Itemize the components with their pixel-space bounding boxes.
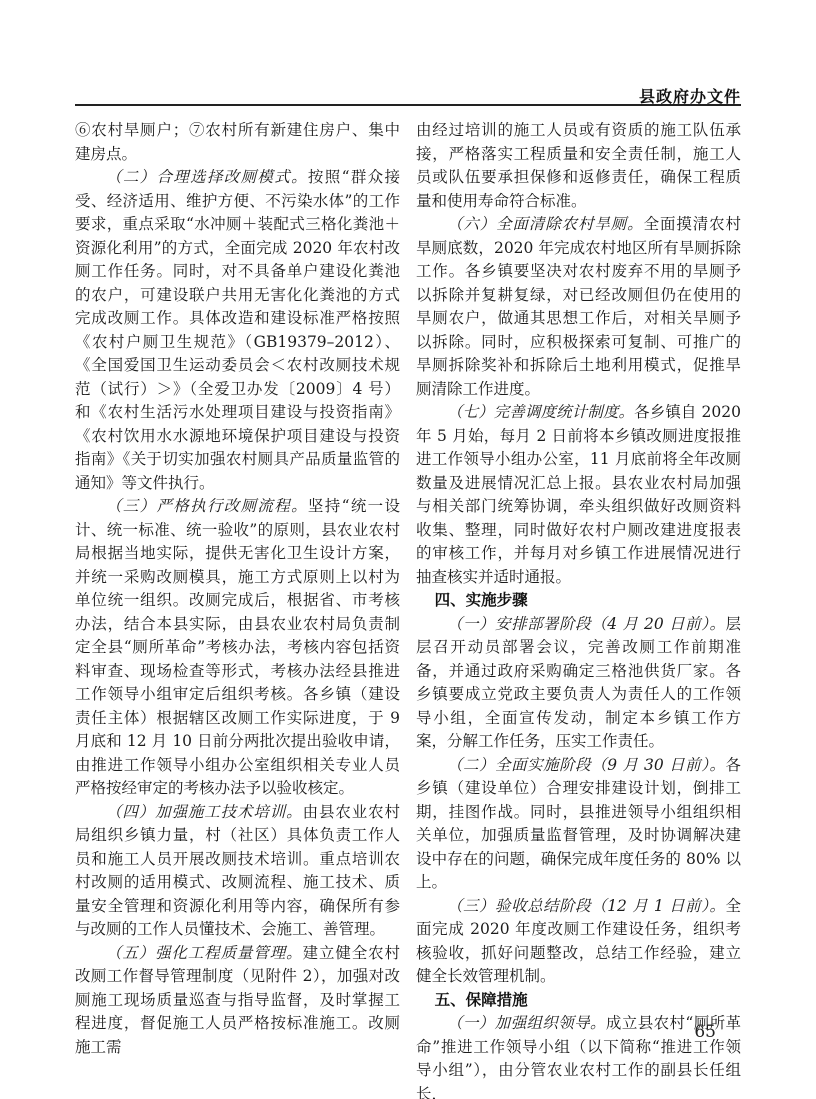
- paragraph: （三）严格执行改厕流程。坚持“统一设计、统一标准、统一验收”的原则，县农业农村局…: [75, 495, 400, 801]
- text-columns: ⑥农村旱厕户；⑦农村所有新建住房户、集中建房点。（二）合理选择改厕模式。按照“群…: [75, 119, 741, 1099]
- paragraph-lead: （一）加强组织领导。: [447, 1014, 606, 1032]
- paragraph: （七）完善调度统计制度。各乡镇自 2020 年 5 月始，每月 2 日前将本乡镇…: [416, 401, 741, 589]
- paragraph: （三）验收总结阶段（12 月 1 日前）。全面完成 2020 年度改厕工作建设任…: [416, 895, 741, 989]
- paragraph-lead: （五）强化工程质量管理。: [106, 944, 303, 962]
- paragraph: （六）全面清除农村旱厕。全面摸清农村旱厕底数，2020 年完成农村地区所有旱厕拆…: [416, 213, 741, 401]
- paragraph: 由经过培训的施工人员或有资质的施工队伍承接，严格落实工程质量和安全责任制，施工人…: [416, 119, 741, 213]
- paragraph-text: 四、实施步骤: [435, 592, 528, 609]
- paragraph-text: 五、保障措施: [435, 992, 528, 1009]
- paragraph-text: ⑥农村旱厕户；⑦农村所有新建住房户、集中建房点。: [75, 121, 400, 163]
- paragraph-text: 各乡镇自 2020 年 5 月始，每月 2 日前将本乡镇改厕进度报推进工作领导小…: [416, 403, 741, 586]
- paragraph-lead: （二）合理选择改厕模式。: [106, 168, 308, 186]
- paragraph-lead: （三）严格执行改厕流程。: [106, 497, 308, 515]
- paragraph: （二）全面实施阶段（9 月 30 日前）。各乡镇（建设单位）合理安排建设计划，倒…: [416, 754, 741, 895]
- paragraph: ⑥农村旱厕户；⑦农村所有新建住房户、集中建房点。: [75, 119, 400, 166]
- paragraph: （一）安排部署阶段（4 月 20 日前）。层层召开动员部署会议，完善改厕工作前期…: [416, 613, 741, 754]
- paragraph-text: 坚持“统一设计、统一标准、统一验收”的原则，县农业农村局根据当地实际，提供无害化…: [75, 497, 400, 797]
- paragraph-text: 层层召开动员部署会议，完善改厕工作前期准备，并通过政府采购确定三格池供货厂家。各…: [416, 615, 741, 751]
- paragraph-text: 按照“群众接受、经济适用、维护方便、不污染水体”的工作要求，重点采取“水冲厕＋装…: [75, 168, 400, 492]
- paragraph-lead: （一）安排部署阶段（4 月 20 日前）。: [447, 615, 725, 633]
- paragraph-lead: （三）验收总结阶段（12 月 1 日前）。: [447, 897, 725, 915]
- paragraph-text: 由经过培训的施工人员或有资质的施工队伍承接，严格落实工程质量和安全责任制，施工人…: [416, 121, 741, 210]
- right-column: 由经过培训的施工人员或有资质的施工队伍承接，严格落实工程质量和安全责任制，施工人…: [416, 119, 741, 1099]
- page-number: 65: [694, 1022, 716, 1042]
- paragraph-lead: （四）加强施工技术培训。: [106, 803, 303, 821]
- paragraph: （二）合理选择改厕模式。按照“群众接受、经济适用、维护方便、不污染水体”的工作要…: [75, 166, 400, 495]
- paragraph: （四）加强施工技术培训。由县农业农村局组织乡镇力量，村（社区）具体负责工作人员和…: [75, 801, 400, 942]
- paragraph-lead: （七）完善调度统计制度。: [447, 403, 634, 421]
- header-rule: [75, 104, 741, 106]
- paragraph-lead: （二）全面实施阶段（9 月 30 日前）。: [447, 756, 725, 774]
- section-heading: 五、保障措施: [416, 989, 741, 1013]
- section-heading: 四、实施步骤: [416, 589, 741, 613]
- paragraph: （五）强化工程质量管理。建立健全农村改厕工作督导管理制度（见附件 2），加强对改…: [75, 942, 400, 1060]
- paragraph: （一）加强组织领导。成立县农村“厕所革命”推进工作领导小组（以下简称“推进工作领…: [416, 1012, 741, 1099]
- paragraph-text: 由县农业农村局组织乡镇力量，村（社区）具体负责工作人员和施工人员开展改厕技术培训…: [75, 803, 400, 939]
- paragraph-text: 各乡镇（建设单位）合理安排建设计划，倒排工期，挂图作战。同时，县推进领导小组组织…: [416, 756, 741, 892]
- paragraph-lead: （六）全面清除农村旱厕。: [447, 215, 644, 233]
- left-column: ⑥农村旱厕户；⑦农村所有新建住房户、集中建房点。（二）合理选择改厕模式。按照“群…: [75, 119, 400, 1099]
- document-page: 县政府办文件 ⑥农村旱厕户；⑦农村所有新建住房户、集中建房点。（二）合理选择改厕…: [0, 0, 816, 1099]
- paragraph-text: 全面摸清农村旱厕底数，2020 年完成农村地区所有旱厕拆除工作。各乡镇要坚决对农…: [416, 215, 741, 398]
